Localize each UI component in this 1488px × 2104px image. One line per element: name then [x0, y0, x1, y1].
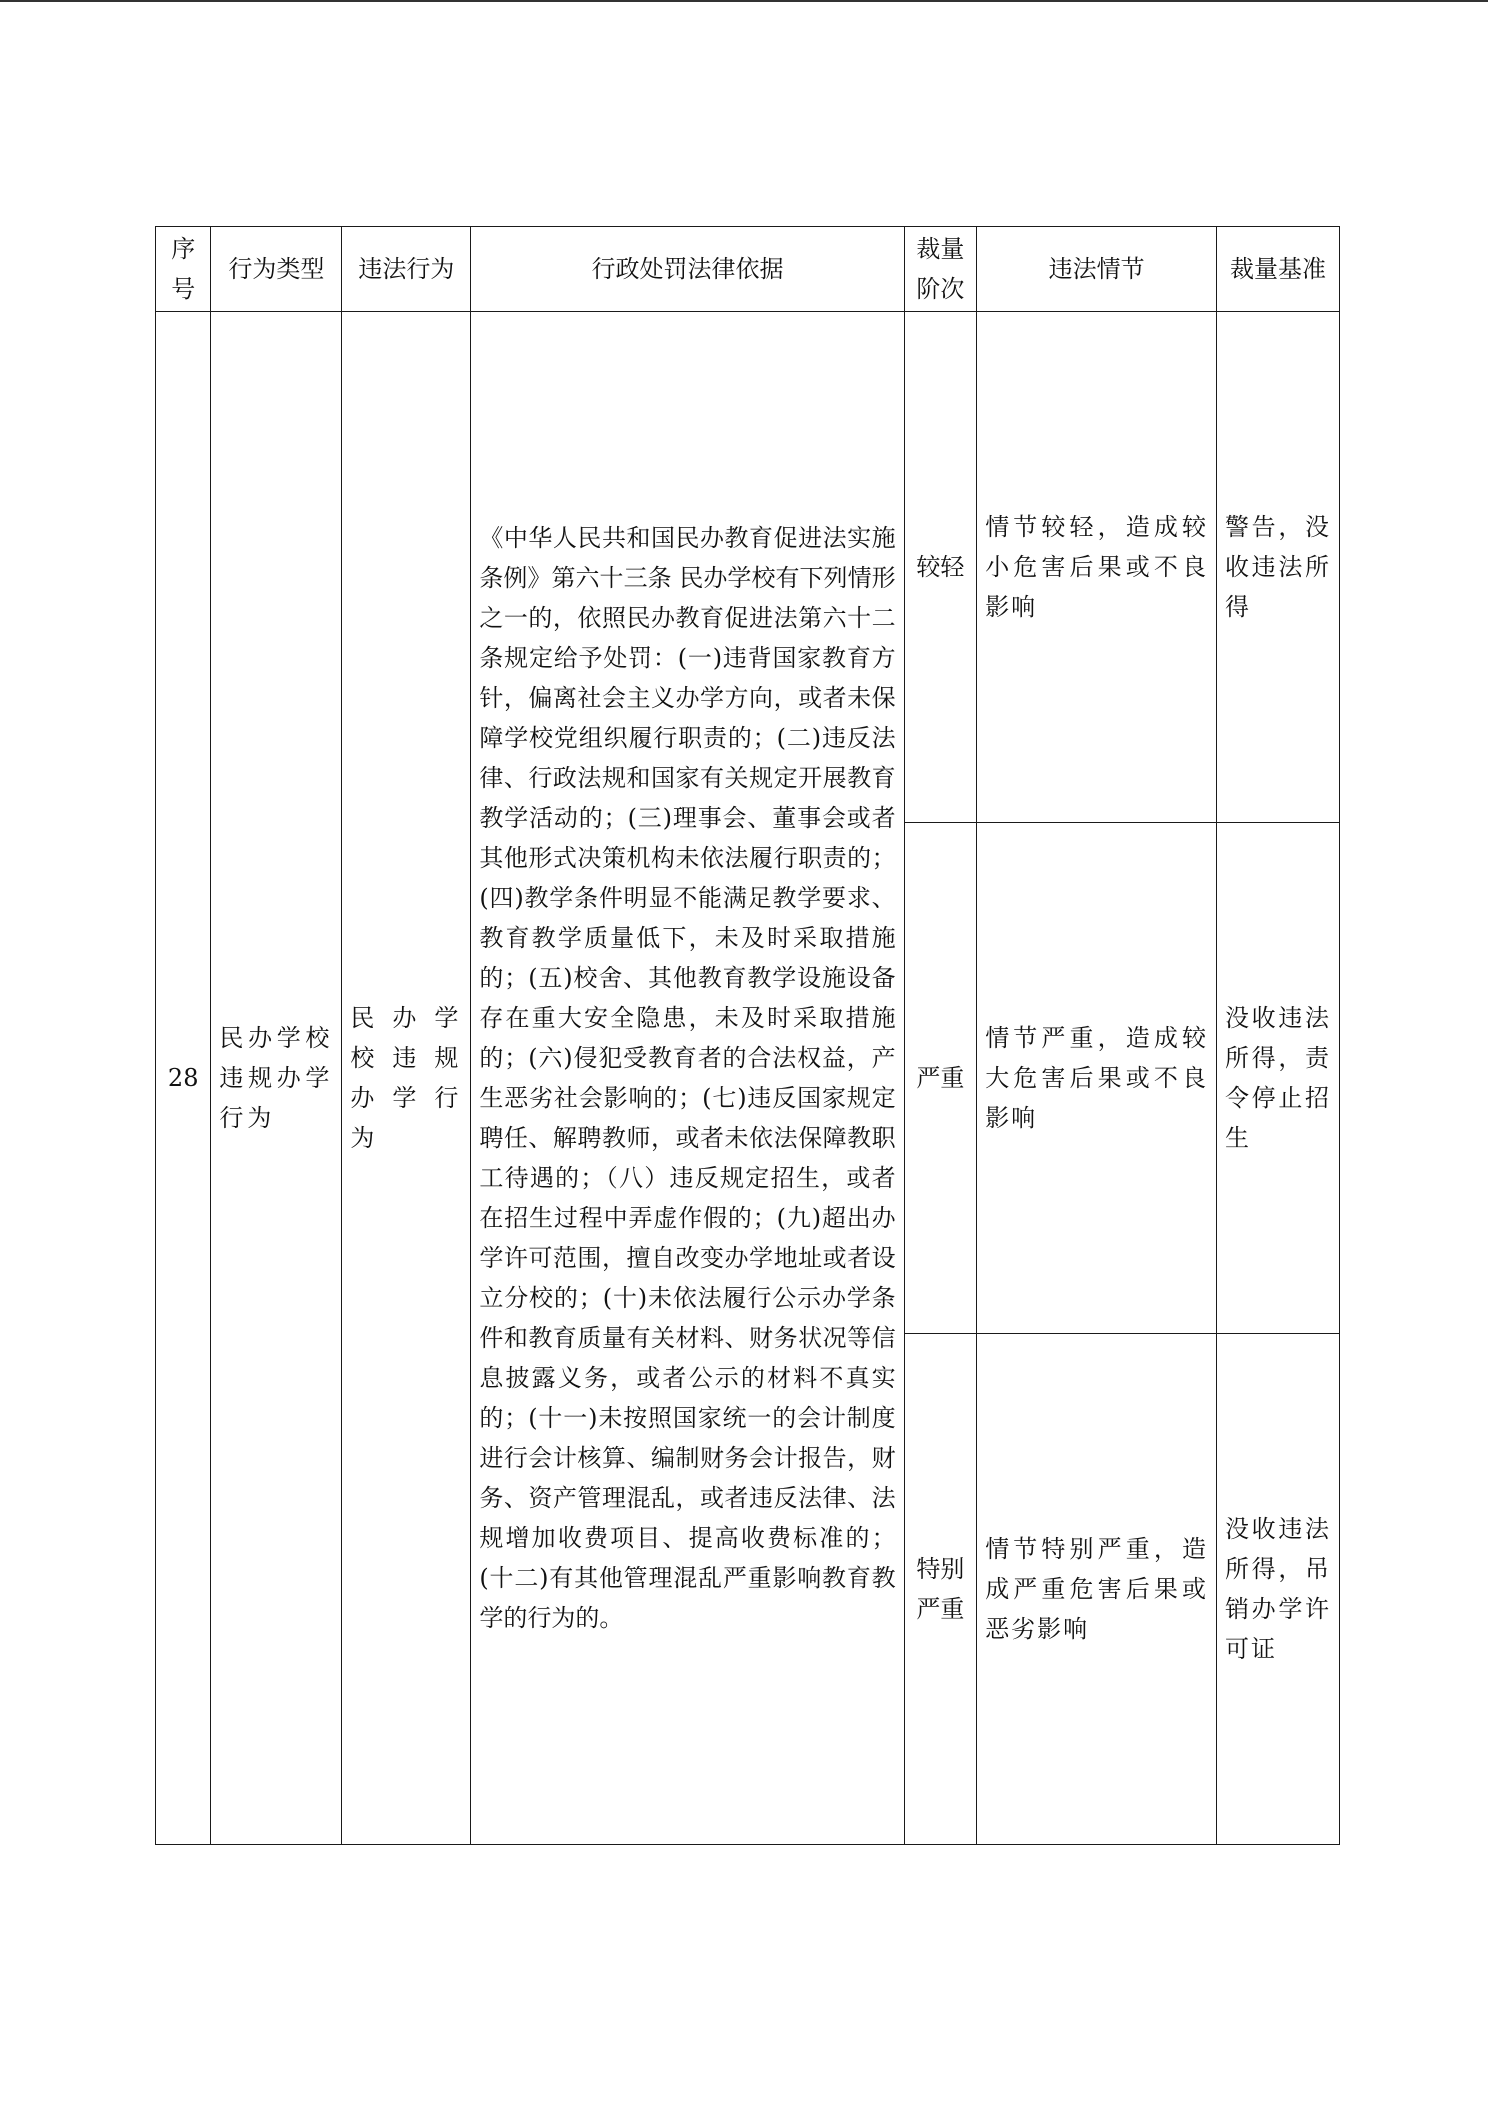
- header-discretion-standard: 裁量基准: [1217, 227, 1340, 312]
- header-legal-basis: 行政处罚法律依据: [471, 227, 904, 312]
- header-discretion-level: 裁量阶次: [904, 227, 977, 312]
- circumstances-cell: 情节严重，造成较大危害后果或不良影响: [977, 823, 1217, 1334]
- header-circumstances: 违法情节: [977, 227, 1217, 312]
- header-row: 序号 行为类型 违法行为 行政处罚法律依据 裁量阶次 违法情节 裁量基准: [156, 227, 1340, 312]
- seq-cell: 28: [156, 312, 211, 1845]
- violation-cell: 民办学校违规办学行为: [342, 312, 471, 1845]
- discretion-level-cell: 严重: [904, 823, 977, 1334]
- header-behavior-type: 行为类型: [211, 227, 342, 312]
- discretion-level-cell: 较轻: [904, 312, 977, 823]
- discretion-standard-cell: 没收违法所得，责令停止招生: [1217, 823, 1340, 1334]
- discretion-standard-cell: 没收违法所得，吊销办学许可证: [1217, 1334, 1340, 1845]
- header-seq: 序号: [156, 227, 211, 312]
- behavior-type-cell: 民办学校违规办学行为: [211, 312, 342, 1845]
- discretion-standard-cell: 警告，没收违法所得: [1217, 312, 1340, 823]
- header-violation: 违法行为: [342, 227, 471, 312]
- circumstances-cell: 情节较轻，造成较小危害后果或不良影响: [977, 312, 1217, 823]
- legal-basis-cell: 《中华人民共和国民办教育促进法实施条例》第六十三条 民办学校有下列情形之一的，依…: [471, 312, 904, 1845]
- circumstances-cell: 情节特别严重，造成严重危害后果或恶劣影响: [977, 1334, 1217, 1845]
- table-row-level-minor: 28 民办学校违规办学行为 民办学校违规办学行为 《中华人民共和国民办教育促进法…: [156, 312, 1340, 823]
- discretion-level-cell: 特别严重: [904, 1334, 977, 1845]
- penalty-discretion-table: 序号 行为类型 违法行为 行政处罚法律依据 裁量阶次 违法情节 裁量基准 28 …: [155, 226, 1340, 1845]
- page-top-border: [0, 0, 1488, 2]
